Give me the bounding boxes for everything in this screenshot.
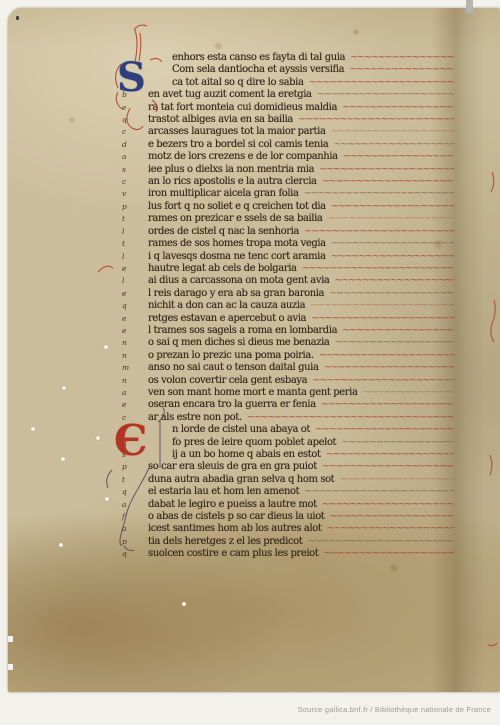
verse-text: duna autra abadia gran selva q hom sot: [148, 474, 334, 485]
margin-initial-letter: e: [122, 326, 138, 335]
verse-text: o prezan lo prezic una poma poiria.: [148, 350, 314, 361]
verse-text: arcasses lauragues tot la maior partia: [148, 126, 326, 137]
rubric-line-filler: ~~~~~~~~~~~~~~~~~~~~~~~~~~~~~~~~~~~~~~~~…: [304, 489, 454, 495]
rubric-line-filler: ~~~~~~~~~~~~~~~~~~~~~~~~~~~~~~~~~~~~~~~~…: [317, 92, 454, 98]
margin-initial-letter: a: [122, 500, 138, 509]
verse-line: s iee plus o dielxs ia non mentria mia ~…: [122, 164, 458, 176]
rubric-line-filler: ~~~~~~~~~~~~~~~~~~~~~~~~~~~~~~~~~~~~~~~~…: [342, 328, 454, 334]
verse-line: q fo pres de leire quom poblet apelot ~~…: [122, 437, 458, 449]
edge-notch: [8, 636, 13, 642]
margin-initial-letter: q: [122, 301, 138, 310]
edge-notch: [8, 664, 13, 670]
rubric-line-filler: ~~~~~~~~~~~~~~~~~~~~~~~~~~~~~~~~~~~~~~~~…: [319, 353, 454, 359]
verse-text: ij a un bo home q abais en estot: [172, 449, 321, 460]
rubric-line-filler: ~~~~~~~~~~~~~~~~~~~~~~~~~~~~~~~~~~~~~~~~…: [327, 526, 454, 532]
verse-line: e l trames sos sagels a roma en lombardi…: [122, 325, 458, 337]
rubric-line-filler: ~~~~~~~~~~~~~~~~~~~~~~~~~~~~~~~~~~~~~~~~…: [333, 142, 454, 148]
rubric-line-filler: ~~~~~~~~~~~~~~~~~~~~~~~~~~~~~~~~~~~~~~~~…: [329, 514, 454, 520]
verse-line: enhors esta canso es fayta di tal guia ~…: [122, 52, 458, 64]
verse-text: ra tat fort monteia cui domidieus maldia: [148, 102, 337, 113]
verse-line: p tia dels heretges z el les predicot ~~…: [122, 536, 458, 548]
verse-line: p so car era sleuis de gra en gra puiot …: [122, 461, 458, 473]
verse-line: p lus fort q no soliet e q creichen tot …: [122, 201, 458, 213]
rubric-line-filler: ~~~~~~~~~~~~~~~~~~~~~~~~~~~~~~~~~~~~~~~~…: [310, 303, 454, 309]
verse-line: s ij a un bo home q abais en estot ~~~~~…: [122, 449, 458, 461]
verse-line: l ai dius a carcassona on mota gent avia…: [122, 275, 458, 287]
margin-initial-letter: e: [122, 314, 138, 323]
rubric-line-filler: ~~~~~~~~~~~~~~~~~~~~~~~~~~~~~~~~~~~~~~~~…: [304, 229, 454, 235]
verse-text: i q lavesqs dosma ne tenc cort aramia: [148, 251, 326, 262]
rubric-line-filler: ~~~~~~~~~~~~~~~~~~~~~~~~~~~~~~~~~~~~~~~~…: [309, 80, 454, 86]
rubric-line-filler: ~~~~~~~~~~~~~~~~~~~~~~~~~~~~~~~~~~~~~~~~…: [349, 67, 454, 73]
rubric-line-filler: ~~~~~~~~~~~~~~~~~~~~~~~~~~~~~~~~~~~~~~~~…: [339, 477, 454, 483]
rubric-line-filler: ~~~~~~~~~~~~~~~~~~~~~~~~~~~~~~~~~~~~~~~~…: [319, 167, 454, 173]
parchment-speck: [59, 543, 63, 547]
margin-initial-letter: c: [122, 127, 138, 136]
dust-speck: [16, 16, 19, 20]
verse-line: l ordes de cistel q nac la senhoria ~~~~…: [122, 226, 458, 238]
rubric-line-filler: ~~~~~~~~~~~~~~~~~~~~~~~~~~~~~~~~~~~~~~~~…: [322, 502, 454, 508]
verse-line: e l reis darago y era ab sa gran baronia…: [122, 288, 458, 300]
verse-line: q suolcen costire e cam plus les preiot …: [122, 548, 458, 560]
verse-line: q el estaria lau et hom len amenot ~~~~~…: [122, 486, 458, 498]
parchment-speck: [182, 602, 186, 606]
margin-initial-letter: a: [122, 388, 138, 397]
margin-initial-letter: l: [122, 252, 138, 261]
margin-initial-letter: a: [122, 524, 138, 533]
margin-initial-letter: n: [122, 351, 138, 360]
verse-text: en avet tug auzit coment la eretgia: [148, 89, 312, 100]
verse-line: f o abas de cistels p so car dieus la ui…: [122, 511, 458, 523]
verse-text: l trames sos sagels a roma en lombardia: [148, 325, 337, 336]
verse-text: Com sela dantiocha et ayssis versifia: [172, 64, 344, 75]
verse-text: motz de lors crezens e de lor companhia: [148, 151, 338, 162]
rubric-line-filler: ~~~~~~~~~~~~~~~~~~~~~~~~~~~~~~~~~~~~~~~~…: [307, 539, 454, 545]
verse-text: iee plus o dielxs ia non mentria mia: [148, 164, 314, 175]
verse-text: ca tot aital so q dire lo sabia: [172, 77, 304, 88]
verse-text: ordes de cistel q nac la senhoria: [148, 226, 299, 237]
rubric-line-filler: ~~~~~~~~~~~~~~~~~~~~~~~~~~~~~~~~~~~~~~~~…: [326, 452, 454, 458]
verse-line: m anso no sai caut o tenson daital guia …: [122, 362, 458, 374]
verse-line: d e bezers tro a bordel si col camis ten…: [122, 139, 458, 151]
verse-text: el estaria lau et hom len amenot: [148, 486, 299, 497]
margin-initial-letter: n: [122, 376, 138, 385]
verse-text: o abas de cistels p so car dieus la uiot: [148, 511, 324, 522]
verse-line: e retges estavan e apercebut o avia ~~~~…: [122, 313, 458, 325]
verse-text: lus fort q no soliet e q creichen tot di…: [148, 201, 326, 212]
verse-text: nichit a don can ac la cauza auzia: [148, 300, 305, 311]
rubric-line-filler: ~~~~~~~~~~~~~~~~~~~~~~~~~~~~~~~~~~~~~~~~…: [321, 402, 454, 408]
verse-text: n lorde de cistel una abaya ot: [172, 424, 310, 435]
verse-line: n o sai q men diches si dieus me benazia…: [122, 337, 458, 349]
rubric-line-filler: ~~~~~~~~~~~~~~~~~~~~~~~~~~~~~~~~~~~~~~~~…: [331, 204, 454, 210]
verse-line: e hautre legat ab cels de bolgaria ~~~~~…: [122, 263, 458, 275]
rubric-line-filler: ~~~~~~~~~~~~~~~~~~~~~~~~~~~~~~~~~~~~~~~~…: [311, 316, 454, 322]
verse-line: b en avet tug auzit coment la eretgia ~~…: [122, 89, 458, 101]
margin-initial-letter: e: [122, 103, 138, 112]
verse-line: a ven son mant home mort e manta gent pe…: [122, 387, 458, 399]
verse-text: rames on prezicar e ssels de sa bailia: [148, 213, 322, 224]
verse-text: oseran encara tro la guerra er fenia: [148, 399, 316, 410]
verse-text: suolcen costire e cam plus les preiot: [148, 548, 318, 559]
rubric-line-filler: ~~~~~~~~~~~~~~~~~~~~~~~~~~~~~~~~~~~~~~~~…: [322, 464, 454, 470]
manuscript-scan-page: enhors esta canso es fayta di tal guia ~…: [0, 0, 500, 725]
footer-caption: Source gallica.bnf.fr / Bibliothèque nat…: [298, 705, 491, 714]
rubric-line-filler: ~~~~~~~~~~~~~~~~~~~~~~~~~~~~~~~~~~~~~~~~…: [304, 191, 454, 197]
verse-text: o sai q men diches si dieus me benazia: [148, 337, 329, 348]
margin-initial-letter: c: [122, 177, 138, 186]
margin-initial-letter: m: [122, 363, 138, 372]
verse-text: retges estavan e apercebut o avia: [148, 313, 306, 324]
margin-initial-letter: d: [122, 140, 138, 149]
verse-line: c an lo rics apostolis e la autra clerci…: [122, 176, 458, 188]
verse-line: v iron multiplicar aicela gran folia ~~~…: [122, 188, 458, 200]
parchment-speck: [62, 386, 66, 390]
verse-text: dabat le legiro e pueiss a lautre mot: [148, 499, 317, 510]
verse-line: t duna autra abadia gran selva q hom sot…: [122, 474, 458, 486]
rubric-line-filler: ~~~~~~~~~~~~~~~~~~~~~~~~~~~~~~~~~~~~~~~~…: [334, 278, 454, 284]
verse-line: a icest santimes hom ab los autres alot …: [122, 523, 458, 535]
parchment-speck: [105, 497, 109, 501]
verse-text: iron multiplicar aicela gran folia: [148, 188, 299, 199]
rubric-line-filler: ~~~~~~~~~~~~~~~~~~~~~~~~~~~~~~~~~~~~~~~~…: [298, 117, 454, 123]
rubric-line-filler: ~~~~~~~~~~~~~~~~~~~~~~~~~~~~~~~~~~~~~~~~…: [363, 390, 454, 396]
margin-initial-letter: q: [122, 487, 138, 496]
margin-initial-letter: e: [122, 400, 138, 409]
rubric-line-filler: ~~~~~~~~~~~~~~~~~~~~~~~~~~~~~~~~~~~~~~~~…: [331, 129, 454, 135]
verse-text: enhors esta canso es fayta di tal guia: [172, 52, 345, 63]
verse-line: e ra tat fort monteia cui domidieus mald…: [122, 102, 458, 114]
margin-initial-letter: n: [122, 338, 138, 347]
verse-line: c arcasses lauragues tot la maior partia…: [122, 126, 458, 138]
verse-text: icest santimes hom ab los autres alot: [148, 523, 322, 534]
rubric-line-filler: ~~~~~~~~~~~~~~~~~~~~~~~~~~~~~~~~~~~~~~~~…: [312, 378, 454, 384]
margin-initial-letter: q: [122, 115, 138, 124]
margin-initial-letter: v: [122, 189, 138, 198]
verse-line: l i q lavesqs dosma ne tenc cort aramia …: [122, 251, 458, 263]
rubric-line-filler: ~~~~~~~~~~~~~~~~~~~~~~~~~~~~~~~~~~~~~~~~…: [302, 266, 454, 272]
rubric-line-filler: ~~~~~~~~~~~~~~~~~~~~~~~~~~~~~~~~~~~~~~~~…: [329, 291, 454, 297]
verse-line: e n lorde de cistel una abaya ot ~~~~~~~…: [122, 424, 458, 436]
drop-cap-e: Є: [114, 418, 147, 464]
rubric-line-filler: ~~~~~~~~~~~~~~~~~~~~~~~~~~~~~~~~~~~~~~~~…: [350, 55, 454, 61]
verse-line: q nichit a don can ac la cauza auzia ~~~…: [122, 300, 458, 312]
verse-text: so car era sleuis de gra en gra puiot: [148, 461, 317, 472]
margin-initial-letter: p: [122, 537, 138, 546]
rubric-line-filler: ~~~~~~~~~~~~~~~~~~~~~~~~~~~~~~~~~~~~~~~~…: [331, 254, 454, 260]
verse-text: ar als estre non pot.: [148, 412, 242, 423]
rubric-line-filler: ~~~~~~~~~~~~~~~~~~~~~~~~~~~~~~~~~~~~~~~~…: [343, 154, 454, 160]
verse-line: n o prezan lo prezic una poma poiria. ~~…: [122, 350, 458, 362]
margin-initial-letter: q: [122, 549, 138, 558]
parchment-speck: [104, 345, 108, 349]
verse-text: ven son mant home mort e manta gent peri…: [148, 387, 358, 398]
verse-line: a dabat le legiro e pueiss a lautre mot …: [122, 499, 458, 511]
parchment-speck: [31, 427, 35, 431]
verse-line: t rames de sos homes tropa mota vegia ~~…: [122, 238, 458, 250]
rubric-line-filler: ~~~~~~~~~~~~~~~~~~~~~~~~~~~~~~~~~~~~~~~~…: [323, 551, 454, 557]
verse-text: e bezers tro a bordel si col camis tenia: [148, 139, 328, 150]
verse-text: anso no sai caut o tenson daital guia: [148, 362, 319, 373]
verse-line: q trastot albiges avia en sa bailia ~~~~…: [122, 114, 458, 126]
margin-initial-letter: s: [122, 165, 138, 174]
verse-text: rames de sos homes tropa mota vegia: [148, 238, 326, 249]
manuscript-text-block: enhors esta canso es fayta di tal guia ~…: [122, 52, 458, 561]
margin-initial-letter: t: [122, 214, 138, 223]
rubric-line-filler: ~~~~~~~~~~~~~~~~~~~~~~~~~~~~~~~~~~~~~~~~…: [247, 415, 454, 421]
rubric-line-filler: ~~~~~~~~~~~~~~~~~~~~~~~~~~~~~~~~~~~~~~~~…: [322, 179, 454, 185]
rubric-line-filler: ~~~~~~~~~~~~~~~~~~~~~~~~~~~~~~~~~~~~~~~~…: [331, 241, 454, 247]
verse-line: Com sela dantiocha et ayssis versifia ~~…: [122, 64, 458, 76]
verse-text: l reis darago y era ab sa gran baronia: [148, 288, 324, 299]
margin-initial-letter: t: [122, 475, 138, 484]
verse-line: ca tot aital so q dire lo sabia ~~~~~~~~…: [122, 77, 458, 89]
verse-line: a motz de lors crezens e de lor companhi…: [122, 151, 458, 163]
verse-text: fo pres de leire quom poblet apelot: [172, 437, 336, 448]
verse-line: t rames on prezicar e ssels de sa bailia…: [122, 213, 458, 225]
margin-initial-letter: t: [122, 239, 138, 248]
rubric-line-filler: ~~~~~~~~~~~~~~~~~~~~~~~~~~~~~~~~~~~~~~~~…: [324, 365, 454, 371]
parchment-speck: [61, 457, 65, 461]
rubric-line-filler: ~~~~~~~~~~~~~~~~~~~~~~~~~~~~~~~~~~~~~~~~…: [327, 216, 454, 222]
rubric-line-filler: ~~~~~~~~~~~~~~~~~~~~~~~~~~~~~~~~~~~~~~~~…: [334, 340, 454, 346]
rubric-line-filler: ~~~~~~~~~~~~~~~~~~~~~~~~~~~~~~~~~~~~~~~~…: [341, 440, 454, 446]
binding-tab: [466, 0, 473, 13]
verse-line: c ar als estre non pot. ~~~~~~~~~~~~~~~~…: [122, 412, 458, 424]
parchment-speck: [96, 436, 100, 440]
margin-initial-letter: f: [122, 512, 138, 521]
margin-initial-letter: l: [122, 227, 138, 236]
margin-initial-letter: e: [122, 264, 138, 273]
verse-text: hautre legat ab cels de bolgaria: [148, 263, 297, 274]
verse-text: an lo rics apostolis e la autra clercia: [148, 176, 317, 187]
verse-text: tia dels heretges z el les predicot: [148, 536, 302, 547]
margin-initial-letter: p: [122, 202, 138, 211]
rubric-line-filler: ~~~~~~~~~~~~~~~~~~~~~~~~~~~~~~~~~~~~~~~~…: [315, 427, 454, 433]
margin-initial-letter: a: [122, 152, 138, 161]
verse-text: trastot albiges avia en sa bailia: [148, 114, 293, 125]
verse-text: os volon covertir cela gent esbaya: [148, 375, 307, 386]
verse-line: e oseran encara tro la guerra er fenia ~…: [122, 399, 458, 411]
margin-initial-letter: e: [122, 289, 138, 298]
verse-line: n os volon covertir cela gent esbaya ~~~…: [122, 375, 458, 387]
margin-initial-letter: l: [122, 276, 138, 285]
rubric-line-filler: ~~~~~~~~~~~~~~~~~~~~~~~~~~~~~~~~~~~~~~~~…: [342, 105, 454, 111]
verse-text: ai dius a carcassona on mota gent avia: [148, 275, 329, 286]
drop-cap-s: S: [117, 56, 146, 100]
